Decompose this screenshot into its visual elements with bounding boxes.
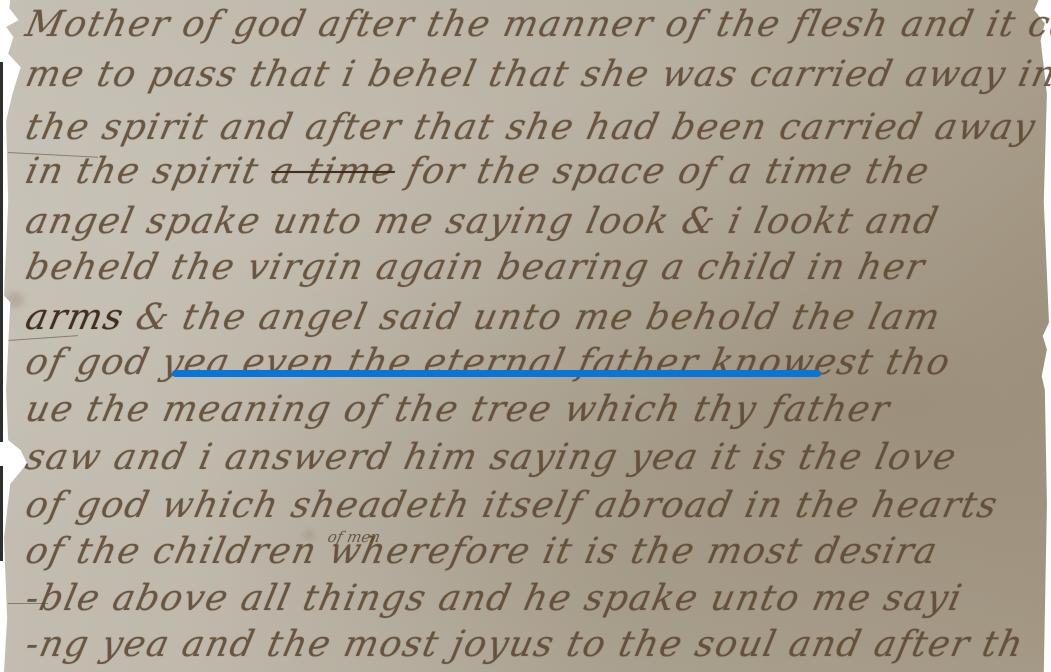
handwritten-text-block: Mother of god after the manner of the fl… bbox=[0, 0, 1051, 672]
handwritten-line-12: of the children wherefore it is the most… bbox=[22, 531, 942, 572]
interlinear-insertion: of men bbox=[326, 528, 382, 546]
handwritten-line-14: -ng yea and the most joyus to the soul a… bbox=[22, 624, 1028, 665]
manuscript-page-viewer: Mother of god after the manner of the fl… bbox=[0, 0, 1051, 672]
dark-ink-word: arms bbox=[22, 297, 128, 338]
blue-underline-annotation bbox=[172, 370, 821, 377]
line-4-post: for the space of a time the bbox=[391, 151, 934, 192]
handwritten-line-10: saw and i answerd him saying yea it is t… bbox=[22, 437, 961, 478]
handwritten-line-9: ue the meaning of the tree which thy fat… bbox=[22, 389, 894, 430]
handwritten-line-7: arms & the angel said unto me behold the… bbox=[22, 297, 945, 338]
line-7-rest: & the angel said unto me behold the lam bbox=[119, 297, 945, 338]
line-4-pre: in the spirit bbox=[22, 151, 276, 192]
handwritten-line-1: Mother of god after the manner of the fl… bbox=[22, 4, 1051, 45]
handwritten-line-11: of god which sheadeth itself abroad in t… bbox=[22, 485, 1002, 526]
handwritten-line-4: in the spirit a time for the space of a … bbox=[22, 151, 934, 192]
handwritten-line-2: me to pass that i behel that she was car… bbox=[22, 54, 1051, 95]
handwritten-line-13: -ble above all things and he spake unto … bbox=[22, 578, 966, 619]
handwritten-line-6: beheld the virgin again bearing a child … bbox=[22, 247, 929, 288]
handwritten-line-5: angel spake unto me saying look & i look… bbox=[22, 201, 943, 242]
struck-through-words: a time bbox=[267, 151, 399, 192]
handwritten-line-3: the spirit and after that she had been c… bbox=[22, 107, 1040, 148]
